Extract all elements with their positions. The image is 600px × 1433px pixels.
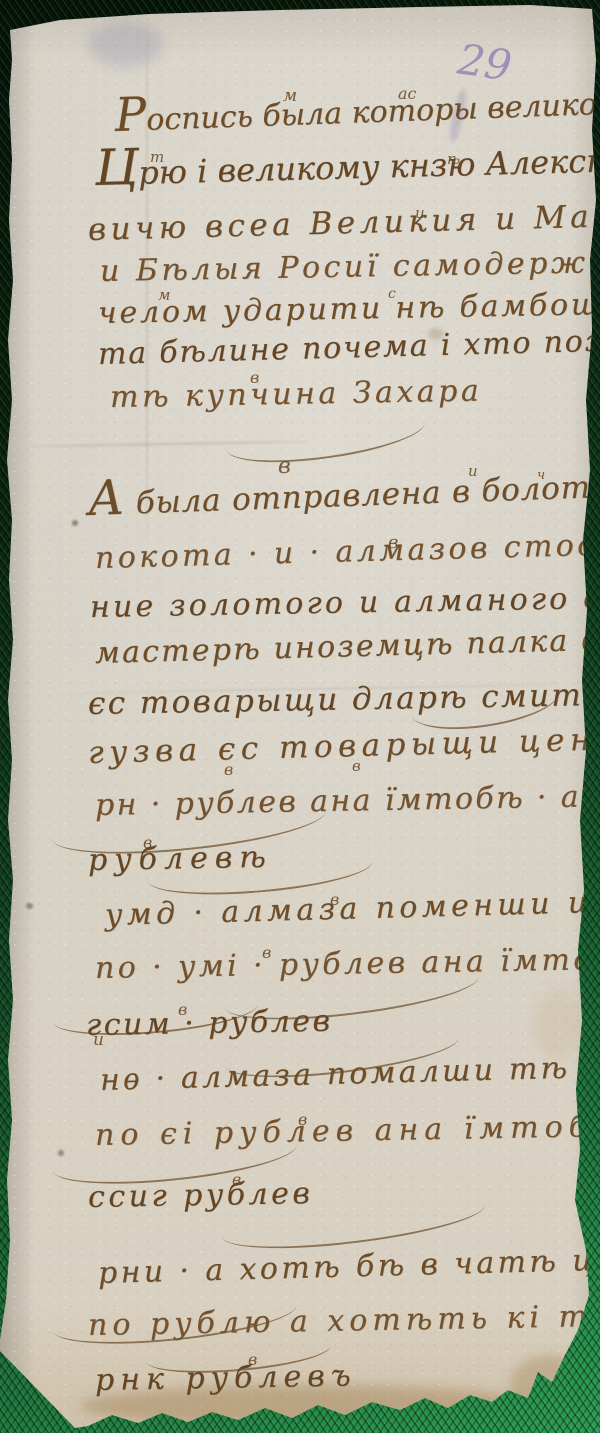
paper-stain [535, 990, 580, 1060]
superscript-mark: с [388, 286, 396, 302]
paper-stain [26, 903, 33, 909]
manuscript-line: нѳ · алмаза помалши тѣ цена [100, 1048, 600, 1098]
manuscript-line: мастерѣ иноземцѣ палка виймана [95, 619, 600, 671]
paper-stain [88, 22, 163, 67]
manuscript-line: по єі рублев ана їмтобѣ [95, 1109, 600, 1153]
superscript-mark: в [262, 943, 271, 962]
initial-letter: А [87, 470, 126, 527]
page-number-pencil: 29 [455, 35, 515, 91]
superscript-mark: в [248, 1350, 257, 1369]
superscript-mark: т [150, 148, 164, 166]
manuscript-line: Роспись была которы великому гдрю [114, 83, 600, 139]
superscript-mark: м [283, 86, 297, 106]
superscript-mark: в [298, 1110, 307, 1129]
superscript-mark: в [143, 833, 152, 852]
manuscript-paper: Роспись была которы великому гдрюЦрю і в… [0, 0, 600, 1433]
manuscript-line: рнк рублевъ [95, 1358, 357, 1398]
manuscript-line: Црю і великому кнзю Алексѣю Михаило [95, 136, 600, 193]
superscript-mark: ас [398, 84, 417, 103]
superscript-mark: м [158, 286, 170, 304]
manuscript-line: по · умі · рублев ана їмтобѣ [95, 941, 600, 986]
manuscript-line: А была отправлена в болото наручны [87, 463, 600, 523]
manuscript-line: покота · и · алмазов стооцв [95, 527, 600, 576]
superscript-mark: в [232, 1170, 241, 1189]
initial-letter: Р [114, 87, 147, 142]
superscript-mark: и [468, 462, 478, 480]
manuscript-line: рн · рублев ана їмтобѣ · аси · [95, 778, 600, 823]
superscript-mark: в [224, 760, 233, 779]
superscript-mark: и [93, 1030, 104, 1050]
manuscript-line: рни · а хотѣ бѣ в чатѣ цена [98, 1241, 600, 1291]
manuscript-line: и Бѣлыя Росиї самодержцу [100, 245, 600, 289]
manuscript-line: гсим · рублев [86, 1004, 333, 1043]
manuscript-line: гузва єс товарыщи цена по [88, 719, 600, 771]
manuscript-line: ссиг рублев [88, 1176, 314, 1215]
initial-letter: Ц [94, 138, 139, 197]
superscript-mark: ѣ [447, 150, 460, 168]
superscript-mark: ч [537, 468, 545, 483]
manuscript-line: тѣ купчина Захара [110, 374, 483, 415]
manuscript-line: рублевѣ [88, 840, 273, 878]
manuscript-line: вичю всеа Великия и Малыя [88, 197, 600, 248]
manuscript-photo: Роспись была которы великому гдрюЦрю і в… [0, 0, 600, 1433]
superscript-mark: в [178, 1000, 187, 1019]
manuscript-line: ние золотого и алманого дѣла [90, 580, 600, 625]
paper-stain [72, 520, 78, 526]
superscript-mark: в [330, 890, 339, 909]
superscript-mark: в [352, 757, 361, 775]
superscript-mark: в [388, 532, 398, 553]
superscript-mark: и [415, 204, 425, 222]
manuscript-line: челом ударити нѣ бамбоша хо [98, 286, 600, 331]
superscript-mark: в [278, 454, 291, 479]
superscript-mark: в [250, 368, 259, 387]
